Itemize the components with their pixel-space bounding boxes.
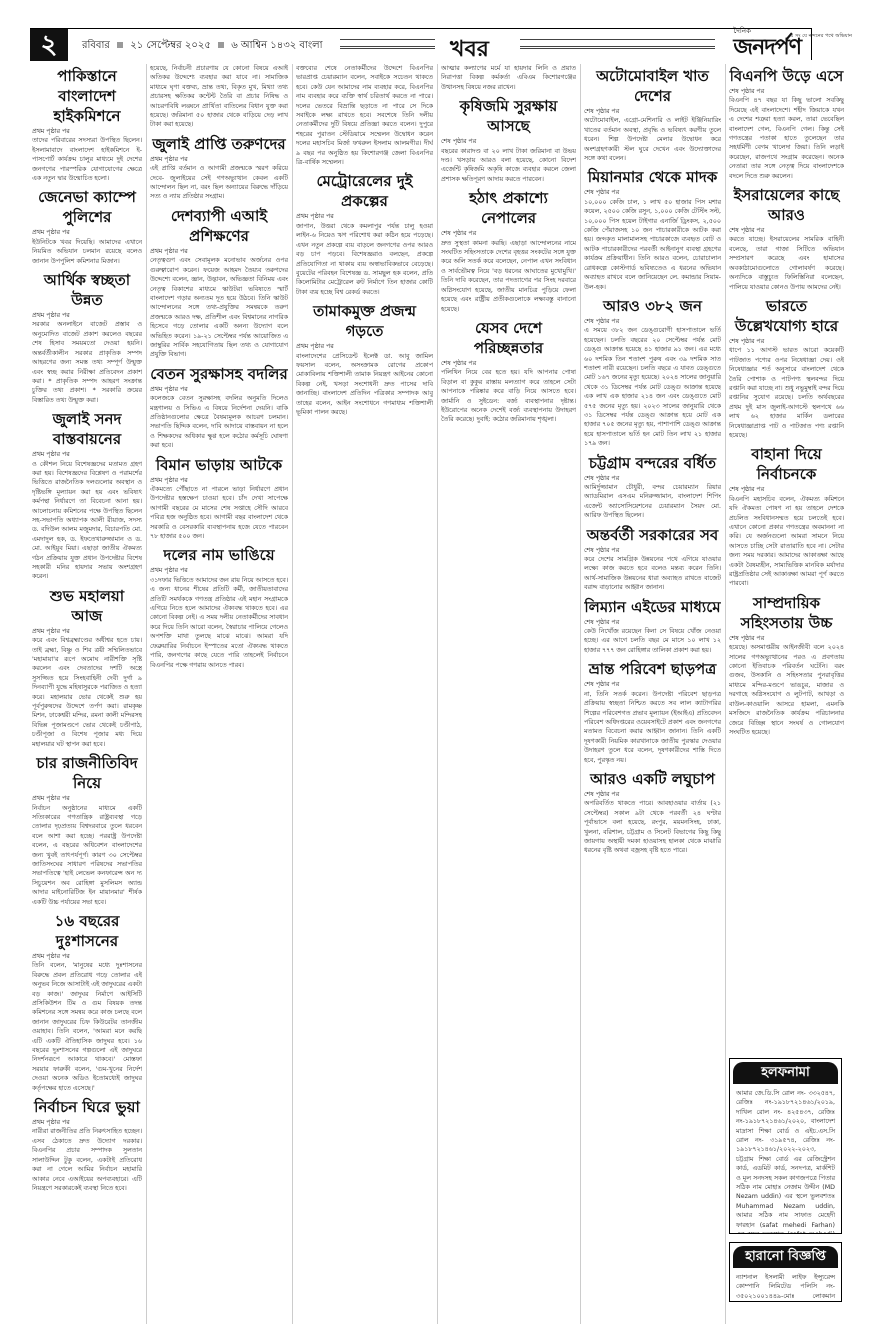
article-headline[interactable]: ইসরায়েলের কাছে আরও <box>729 185 844 225</box>
article: ভারতে উল্লেখযোগ্য হারেশেষ পৃষ্ঠার পরধাপে… <box>729 296 844 440</box>
article-kicker: প্রথম পৃষ্ঠার পর <box>150 247 288 256</box>
article: চার রাজনীতিবিদ নিয়েপ্রথম পৃষ্ঠার পরনির্… <box>32 753 142 907</box>
article: আরও একটি লঘুচাপশেষ পৃষ্ঠার পরঅপরিবর্তিত … <box>584 769 721 856</box>
article-kicker: শেষ পৃষ্ঠার পর <box>584 790 721 799</box>
article-kicker: শেষ পৃষ্ঠার পর <box>584 618 721 627</box>
article-body: পলিথিন নিয়ে বের হতে হয়। যদি আপনার পোষা… <box>441 368 576 424</box>
article-headline[interactable]: শুভ মহালয়া আজ <box>32 586 142 626</box>
article-headline[interactable]: জুলাই সনদ বাস্তবায়নের <box>32 409 142 449</box>
article-headline[interactable]: জেনেভা ক্যাম্পে পুলিশের <box>32 187 142 227</box>
article-kicker: প্রথম পৃষ্ঠার পর <box>150 476 288 485</box>
article-kicker: শেষ পৃষ্ঠার পর <box>441 229 576 238</box>
article: জুলাই সনদ বাস্তবায়নেরপ্রথম পৃষ্ঠার পরও … <box>32 409 142 582</box>
article: ভ্রান্ত পরিবেশ ছাড়পত্রশেষ পৃষ্ঠার পরনা,… <box>584 659 721 765</box>
date-gregorian: ২১ সেপ্টেম্বর ২০২৫ <box>130 40 211 51</box>
article-kicker: শেষ পৃষ্ঠার পর <box>729 634 844 643</box>
article-kicker: প্রথম পৃষ্ঠার পর <box>32 794 142 803</box>
article-body: হয়েছে। অসমাপ্তরীয় আইনজীবী বলে ২০২৪ সাল… <box>729 643 844 737</box>
article-body: জাপান, উত্তরা থেকে কমলাপুর পর্যন্ত চালু … <box>296 222 433 297</box>
article-body: ৩১দফার ভিত্তিতে আমাদের জন রায় নিয়ে আসত… <box>150 576 288 670</box>
article-headline[interactable]: ভারতে উল্লেখযোগ্য হারে <box>729 296 844 336</box>
article-headline[interactable]: অন্তর্বর্তী সরকারের সব <box>584 525 721 545</box>
column-4: আত্মার কল্যাণের মর্মে যা হায়দার লিনি ও … <box>441 64 576 1324</box>
article-kicker: প্রথম পৃষ্ঠার পর <box>32 127 142 136</box>
article: তামাকমুক্ত প্রজন্ম গড়তেপ্রথম পৃষ্ঠার পর… <box>296 301 433 417</box>
article-body: এ সময়ে ৩৮২ জন ডেঙ্গুরোগী হাসপাতালে ভর্ত… <box>584 326 721 448</box>
article: লিম্যান এইডের মাধ্যমেশেষ পৃষ্ঠার পরকেউ ন… <box>584 597 721 656</box>
article-body: সরকার অনলাইনে বাজেট প্রস্তাব ও অনুমোদিত … <box>32 320 142 405</box>
affidavit-body: আমার জে.ডি.সি রোল নং- ৩৩২৫৪৭, রেজিঃ নং-১… <box>730 1087 841 1234</box>
article-kicker: শেষ পৃষ্ঠার পর <box>441 137 576 146</box>
article: সাম্প্রদায়িক সহিংসতায় উচ্চশেষ পৃষ্ঠার … <box>729 593 844 737</box>
article-headline[interactable]: অটোমোবাইল খাত দেশের <box>584 66 721 106</box>
article-kicker: শেষ পৃষ্ঠার পর <box>584 546 721 555</box>
article: বিএনপি উড়ে এসেশেষ পৃষ্ঠার পরবিএনপি ৪৭ ব… <box>729 66 844 181</box>
article-headline[interactable]: নির্বাচন ঘিরে ভুয়া <box>32 1097 142 1117</box>
decorative-rules-right <box>520 39 715 49</box>
article-kicker: প্রথম পৃষ্ঠার পর <box>150 385 288 394</box>
article-body: নেতৃত্বগুণ এবং সেবামূলক মনোভাব অর্জনের ও… <box>150 256 288 359</box>
article-body: বছরের কারাদণ্ড বা ২০ লাখ টাকা জরিমানা বা… <box>441 147 576 185</box>
article: দেশব্যাপী এআই প্রশিক্ষণেরপ্রথম পৃষ্ঠার প… <box>150 206 288 360</box>
tagline: এ সং যে নন্দনের পথে অভিযান <box>790 33 852 41</box>
column-6: বিএনপি উড়ে এসেশেষ পৃষ্ঠার পরবিএনপি ৪৭ ব… <box>729 64 844 1054</box>
article-body: বাংলাদেশের প্রেসিডেন্ট ইলেক্ট ডা. আবু জা… <box>296 352 433 418</box>
article-body: করতে যাচ্ছে। ইসরায়েলের সামরিক বাহিনী বল… <box>729 235 844 291</box>
article: মেট্রোরেলের দুই প্রকল্পেরপ্রথম পৃষ্ঠার প… <box>296 171 433 297</box>
article-body: হয়েছে, নির্বাচনী প্রচারণায় যে কোনো বিষ… <box>150 64 288 130</box>
date-line: রবিবার ২১ সেপ্টেম্বর ২০২৫ ৬ আশ্বিন ১৪৩২ … <box>82 38 323 55</box>
masthead: ২ রবিবার ২১ সেপ্টেম্বর ২০২৫ ৬ আশ্বিন ১৪৩… <box>30 28 812 60</box>
article-body: অটোমোবাইল, এগ্রো-মেশিনারি ও লাইট ইঞ্জিনি… <box>584 116 721 163</box>
article: হঠাৎ প্রকাশ্যে নেপালেরশেষ পৃষ্ঠার পরদ্রু… <box>441 188 576 314</box>
article-body: আমির্দুজ্জামান চৌধুরী, বন্দর চেয়ারম্যান… <box>584 483 721 521</box>
column-5: অটোমোবাইল খাত দেশেরশেষ পৃষ্ঠার পরঅটোমোবা… <box>584 64 721 1324</box>
article-kicker: প্রথম পৃষ্ঠার পর <box>150 155 288 164</box>
article-body: দ্রুত সুস্থতা কামনা করছি। এছাড়া আন্দোলন… <box>441 239 576 314</box>
date-bengali: ৬ আশ্বিন ১৪৩২ বাংলা <box>231 40 322 51</box>
article-kicker: শেষ পৃষ্ঠার পর <box>729 485 844 494</box>
article-kicker: প্রথম পৃষ্ঠার পর <box>296 212 433 221</box>
article-kicker: প্রথম পৃষ্ঠার পর <box>32 1118 142 1127</box>
article-headline[interactable]: ১৬ বছরের দুঃশাসনের <box>32 911 142 951</box>
article-headline[interactable]: কৃষিজমি সুরক্ষায় আসছে <box>441 96 576 136</box>
article-body: তিনি বলেন, 'মানুষের মধ্যে দুঃশাসনের বিরু… <box>32 961 142 1093</box>
column-2: হয়েছে, নির্বাচনী প্রচারণায় যে কোনো বিষ… <box>150 64 288 1324</box>
article: বক্তব্যের শেষে নেতাকর্মীদের উদ্দেশে বিএন… <box>296 64 433 167</box>
article-headline[interactable]: আরও ৩৮২ জন <box>584 296 721 316</box>
article-headline[interactable]: দেশব্যাপী এআই প্রশিক্ষণের <box>150 206 288 246</box>
article: হয়েছে, নির্বাচনী প্রচারণায় যে কোনো বিষ… <box>150 64 288 130</box>
lost-notice-body: ন্যাশনাল ইসলামী লাইফ ইন্স্যুরেন্স কোম্পা… <box>730 1271 841 1302</box>
article-headline[interactable]: বাহানা দিয়ে নির্বাচনকে <box>729 444 844 484</box>
article-headline[interactable]: মেট্রোরেলের দুই প্রকল্পের <box>296 171 433 211</box>
article-body: বক্তব্যের শেষে নেতাকর্মীদের উদ্দেশে বিএন… <box>296 64 433 167</box>
article-body: অপরিবর্তিত থাকতে পারে। আবহাওয়ার বার্তায… <box>584 799 721 855</box>
article-body: ঐকমত্যে পৌঁছাতে না পারলে ভাড়া নির্ধারণে… <box>150 485 288 541</box>
article: ১৬ বছরের দুঃশাসনেরপ্রথম পৃষ্ঠার পরতিনি ব… <box>32 911 142 1093</box>
article-headline[interactable]: চট্টগ্রাম বন্দরের বর্ধিত <box>584 453 721 473</box>
article-headline[interactable]: পাকিস্তানে বাংলাদেশ হাইকমিশনে <box>32 66 142 126</box>
article: ইসরায়েলের কাছে আরওশেষ পৃষ্ঠার পরকরতে যা… <box>729 185 844 292</box>
article-body: তাদের পরিবারের সদস্যরা উপস্থিত ছিলেন। ইস… <box>32 136 142 183</box>
article: শুভ মহালয়া আজপ্রথম পৃষ্ঠার পরকরে এবং বি… <box>32 586 142 749</box>
article-headline[interactable]: যেসব দেশে পরিচ্ছন্নতার <box>441 318 576 358</box>
article-body: করে দেশের সামগ্রিক উন্নয়নের পথে এগিয়ে … <box>584 555 721 593</box>
lost-notice-title: হারানো বিজ্ঞপ্তি <box>733 1246 838 1268</box>
article-kicker: শেষ পৃষ্ঠার পর <box>729 226 844 235</box>
article: জেনেভা ক্যাম্পে পুলিশেরপ্রথম পৃষ্ঠার পরই… <box>32 187 142 266</box>
article-kicker: প্রথম পৃষ্ঠার পর <box>32 627 142 636</box>
article-headline[interactable]: লিম্যান এইডের মাধ্যমে <box>584 597 721 617</box>
column-1: পাকিস্তানে বাংলাদেশ হাইকমিশনেপ্রথম পৃষ্ঠ… <box>32 64 142 1324</box>
article-body: কেউ নিখোঁজ রয়েছেন কিনা সে বিষয়ে খোঁজ ন… <box>584 627 721 655</box>
article-headline[interactable]: বিএনপি উড়ে এসে <box>729 66 844 86</box>
affidavit-title: হলফনামা <box>733 1062 838 1084</box>
article-kicker: প্রথম পৃষ্ঠার পর <box>296 342 433 351</box>
column-3: বক্তব্যের শেষে নেতাকর্মীদের উদ্দেশে বিএন… <box>296 64 433 1324</box>
article-kicker: প্রথম পৃষ্ঠার পর <box>32 311 142 320</box>
article: জুলাই প্রাপ্তি তরুণদেরপ্রথম পৃষ্ঠার পরএই… <box>150 134 288 202</box>
article-kicker: প্রথম পৃষ্ঠার পর <box>32 952 142 961</box>
article-body: কলেজকে বেতন সুরক্ষাসহ বদলির অনুমতি দিলেও… <box>150 394 288 450</box>
article: অন্তর্বর্তী সরকারের সবশেষ পৃষ্ঠার পরকরে … <box>584 525 721 593</box>
article: বেতন সুরক্ষাসহ বদলিরপ্রথম পৃষ্ঠার পরকলেজ… <box>150 364 288 451</box>
day: রবিবার <box>82 40 110 51</box>
article-headline[interactable]: মিয়ানমার থেকে মাদক <box>584 167 721 187</box>
article-headline[interactable]: বেতন সুরক্ষাসহ বদলির <box>150 364 288 384</box>
article-headline[interactable]: ভ্রান্ত পরিবেশ ছাড়পত্র <box>584 659 721 679</box>
article-headline[interactable]: আরও একটি লঘুচাপ <box>584 769 721 789</box>
article: কৃষিজমি সুরক্ষায় আসছেশেষ পৃষ্ঠার পরবছরে… <box>441 96 576 184</box>
article-body: না, তিনি সতর্ক করেন। উপদেষ্টা পরিবেশ ছাড… <box>584 690 721 765</box>
article: মিয়ানমার থেকে মাদকশেষ পৃষ্ঠার পর১০,০০০ … <box>584 167 721 291</box>
article-headline[interactable]: সাম্প্রদায়িক সহিংসতায় উচ্চ <box>729 593 844 633</box>
article-headline[interactable]: বিমান ভাড়ায় আটকে <box>150 455 288 475</box>
article: দলের নাম ভাঙিয়েপ্রথম পৃষ্ঠার পর৩১দফার ভ… <box>150 545 288 669</box>
article-headline[interactable]: হঠাৎ প্রকাশ্যে নেপালের <box>441 188 576 228</box>
article-body: বিএনপি ৪৭ বছর যা কিছু ভালো সবকিছু দিয়েছ… <box>729 96 844 181</box>
article: পাকিস্তানে বাংলাদেশ হাইকমিশনেপ্রথম পৃষ্ঠ… <box>32 66 142 183</box>
article-headline[interactable]: জুলাই প্রাপ্তি তরুণদের <box>150 134 288 154</box>
article-kicker: শেষ পৃষ্ঠার পর <box>584 107 721 116</box>
article-kicker: শেষ পৃষ্ঠার পর <box>441 359 576 368</box>
article-kicker: শেষ পৃষ্ঠার পর <box>584 188 721 197</box>
article-kicker: প্রথম পৃষ্ঠার পর <box>32 450 142 459</box>
article: আরও ৩৮২ জনশেষ পৃষ্ঠার পরএ সময়ে ৩৮২ জন ড… <box>584 296 721 449</box>
article-kicker: শেষ পৃষ্ঠার পর <box>584 474 721 483</box>
article-kicker: শেষ পৃষ্ঠার পর <box>729 337 844 346</box>
article: আত্মার কল্যাণের মর্মে যা হায়দার লিনি ও … <box>441 64 576 92</box>
article: চট্টগ্রাম বন্দরের বর্ধিতশেষ পৃষ্ঠার পরআম… <box>584 453 721 521</box>
article-kicker: প্রথম পৃষ্ঠার পর <box>32 228 142 237</box>
article: যেসব দেশে পরিচ্ছন্নতারশেষ পৃষ্ঠার পরপলিথ… <box>441 318 576 425</box>
article-body: এই প্রাপ্তি বর্তমান ও আগামী প্রজন্মকে স্… <box>150 164 288 202</box>
article: বাহানা দিয়ে নির্বাচনকেশেষ পৃষ্ঠার পরবিএ… <box>729 444 844 588</box>
article-headline[interactable]: তামাকমুক্ত প্রজন্ম গড়তে <box>296 301 433 341</box>
article-body: বিএনপি মহাসচিব বলেন, ঐকমত্য কমিশনে যদি ঐ… <box>729 495 844 589</box>
page-number: ২ <box>30 29 68 61</box>
article-body: ধাপে ১১ আগস্ট ভারত আরো কয়েকটি পাটজাত পণ… <box>729 346 844 440</box>
article-body: করে এবং বিশ্বব্রহ্মাণ্ডের অধীশ্বর হতে চা… <box>32 636 142 749</box>
lost-notice-ad: হারানো বিজ্ঞপ্তি ন্যাশনাল ইসলামী লাইফ ইন… <box>729 1242 842 1302</box>
article-body: ইউনিটকে খবর দিয়েছি। আমাদের এখানে নিয়মি… <box>32 238 142 266</box>
article-body: নির্বাচন অনুষ্ঠানের মাধ্যমে একটি সত্যিকা… <box>32 804 142 907</box>
article-headline[interactable]: দলের নাম ভাঙিয়ে <box>150 545 288 565</box>
article-body: নারীরা রাজনীতির প্রতি নিরুৎসাহিত হচ্ছেন।… <box>32 1127 142 1193</box>
article-kicker: শেষ পৃষ্ঠার পর <box>584 680 721 689</box>
decorative-rules-left <box>340 39 435 49</box>
article-kicker: শেষ পৃষ্ঠার পর <box>729 87 844 96</box>
article-body: ও কৌশল নিয়ে বিশেষজ্ঞদের মতামত গ্রহণ করা… <box>32 460 142 582</box>
article: অটোমোবাইল খাত দেশেরশেষ পৃষ্ঠার পরঅটোমোবা… <box>584 66 721 163</box>
newspaper-brand: দৈনিক জনদর্পণ <box>733 25 801 59</box>
article-kicker: শেষ পৃষ্ঠার পর <box>584 317 721 326</box>
article-kicker: প্রথম পৃষ্ঠার পর <box>150 566 288 575</box>
article: আর্থিক স্বচ্ছতা উন্নতপ্রথম পৃষ্ঠার পরসরক… <box>32 270 142 405</box>
article-headline[interactable]: চার রাজনীতিবিদ নিয়ে <box>32 753 142 793</box>
article-body: আত্মার কল্যাণের মর্মে যা হায়দার লিনি ও … <box>441 64 576 92</box>
article-headline[interactable]: আর্থিক স্বচ্ছতা উন্নত <box>32 270 142 310</box>
article: নির্বাচন ঘিরে ভুয়াপ্রথম পৃষ্ঠার পরনারীর… <box>32 1097 142 1193</box>
article-body: ১০,০০০ কেজি চাল, ১ লাখ ৫০ হাজার পিস মশার… <box>584 198 721 292</box>
affidavit-ad: হলফনামা আমার জে.ডি.সি রোল নং- ৩৩২৫৪৭, রে… <box>729 1058 842 1234</box>
article: বিমান ভাড়ায় আটকেপ্রথম পৃষ্ঠার পরঐকমত্য… <box>150 455 288 542</box>
